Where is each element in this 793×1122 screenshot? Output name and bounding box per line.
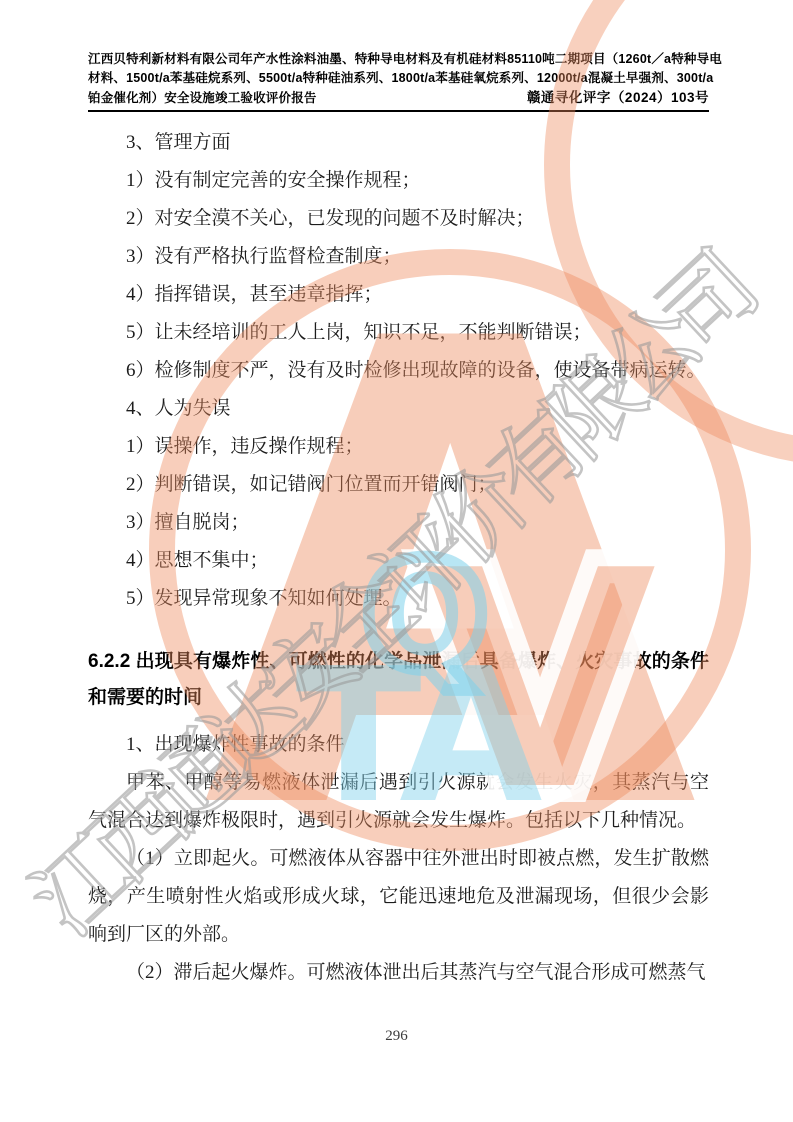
page-header: 江西贝特利新材料有限公司年产水性涂料油墨、特种导电材料及有机硅材料85110吨二… (88, 50, 709, 108)
list-item: 4、人为失误 (88, 390, 709, 428)
section-heading: 6.2.2 出现具有爆炸性、可燃性的化学品泄漏后具备爆炸、火灾事故的条件和需要的… (88, 644, 709, 716)
list-item: 1）误操作，违反操作规程； (88, 428, 709, 466)
paragraph: 1、出现爆炸性事故的条件 (88, 726, 709, 764)
paragraph: 甲苯、甲醇等易燃液体泄漏后遇到引火源就会发生火灾，其蒸汽与空气混合达到爆炸极限时… (88, 764, 709, 840)
list-item: 5）发现异常现象不知如何处理。 (88, 580, 709, 618)
list-item: 4）思想不集中； (88, 542, 709, 580)
list-item: 4）指挥错误，甚至违章指挥； (88, 276, 709, 314)
header-title-line-2: 材料、1500t/a苯基硅烷系列、5500t/a特种硅油系列、1800t/a苯基… (88, 69, 709, 88)
list-item: 2）对安全漠不关心，已发现的问题不及时解决； (88, 200, 709, 238)
header-title-line-3: 铂金催化剂）安全设施竣工验收评价报告 赣通寻化评字（2024）103号 (88, 88, 709, 108)
list-item: 2）判断错误，如记错阀门位置而开错阀门； (88, 466, 709, 504)
header-report-type: 铂金催化剂）安全设施竣工验收评价报告 (88, 89, 317, 108)
paragraph: （1）立即起火。可燃液体从容器中往外泄出时即被点燃，发生扩散燃烧，产生喷射性火焰… (88, 840, 709, 954)
page-body: 3、管理方面 1）没有制定完善的安全操作规程； 2）对安全漠不关心，已发现的问题… (88, 124, 709, 992)
list-item: 5）让未经培训的工人上岗，知识不足，不能判断错误； (88, 314, 709, 352)
list-item: 3）擅自脱岗； (88, 504, 709, 542)
list-item: 1）没有制定完善的安全操作规程； (88, 162, 709, 200)
paragraph: （2）滞后起火爆炸。可燃液体泄出后其蒸汽与空气混合形成可燃蒸气 (88, 954, 709, 992)
header-divider (88, 110, 709, 112)
document-number: 赣通寻化评字（2024）103号 (527, 88, 709, 107)
list-item: 3）没有严格执行监督检查制度； (88, 238, 709, 276)
list-item: 6）检修制度不严，没有及时检修出现故障的设备，使设备带病运转。 (88, 352, 709, 390)
document-page: 江西贝特利新材料有限公司年产水性涂料油墨、特种导电材料及有机硅材料85110吨二… (0, 0, 793, 1122)
list-item: 3、管理方面 (88, 124, 709, 162)
header-title-line-1: 江西贝特利新材料有限公司年产水性涂料油墨、特种导电材料及有机硅材料85110吨二… (88, 50, 709, 69)
page-number: 296 (0, 1028, 793, 1045)
